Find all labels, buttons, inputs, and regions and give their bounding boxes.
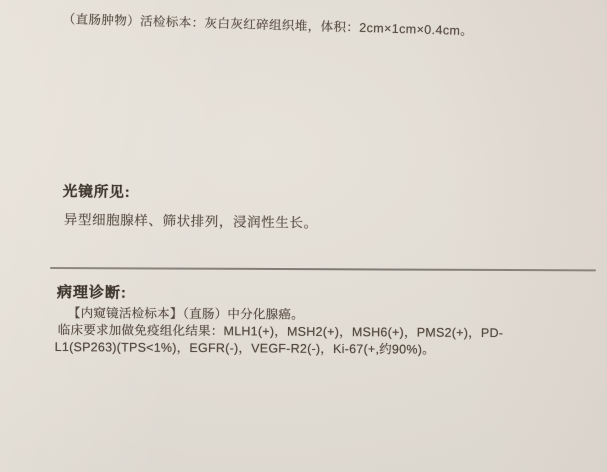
diagnosis-body: 【内窥镜活检标本】（直肠）中分化腺癌。 临床要求加做免疫组化结果：MLH1(+)…: [55, 305, 555, 359]
section-divider-rule: [50, 267, 596, 271]
microscopy-section-heading: 光镜所见:: [63, 180, 131, 202]
diagnosis-section-heading: 病理诊断:: [57, 281, 127, 303]
microscopy-findings-line: 异型细胞腺样、筛状排列，浸润性生长。: [64, 208, 318, 232]
ihc-results-line-2: L1(SP263)(TPS<1%)，EGFR(-)，VEGF-R2(-)，Ki-…: [55, 339, 555, 359]
gross-description-line: （直肠肿物）活检标本：灰白灰红碎组织堆，体积：2cm×1cm×0.4cm。: [62, 9, 473, 39]
pathology-report-photo: （直肠肿物）活检标本：灰白灰红碎组织堆，体积：2cm×1cm×0.4cm。 光镜…: [0, 0, 607, 472]
